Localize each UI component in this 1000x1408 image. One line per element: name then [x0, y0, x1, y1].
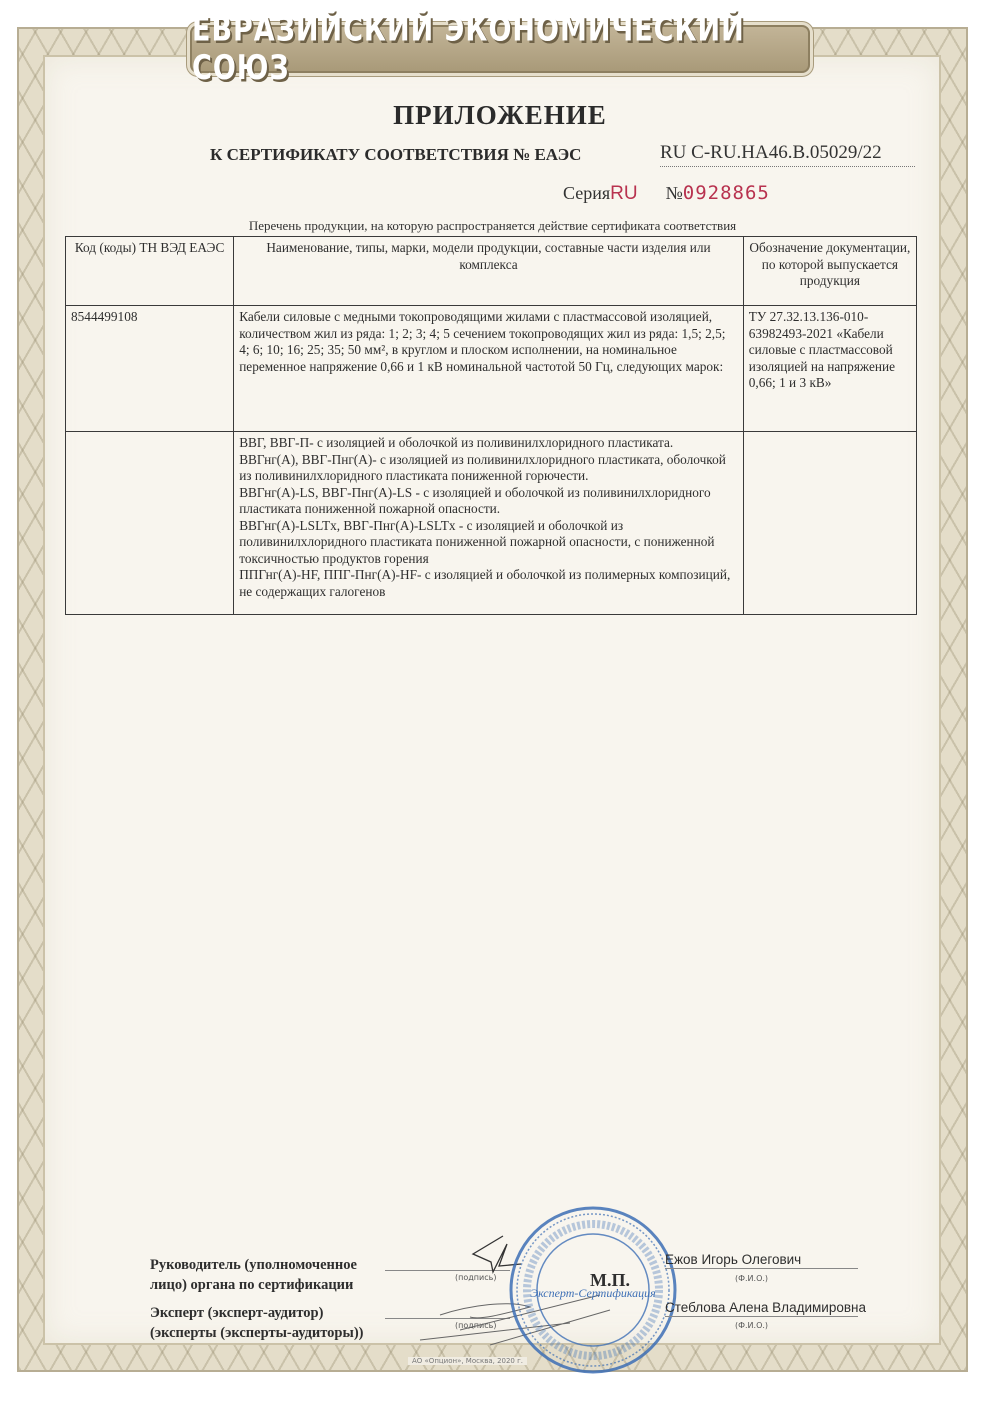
union-banner: ЕВРАЗИЙСКИЙ ЭКОНОМИЧЕСКИЙ СОЮЗ	[190, 25, 810, 73]
expert-label-line1: Эксперт (эксперт-аудитор)	[150, 1303, 363, 1323]
head-label-line2: лицо) органа по сертификации	[150, 1275, 357, 1295]
header-code: Код (коды) ТН ВЭД ЕАЭС	[66, 237, 234, 306]
cell-code: 8544499108	[66, 306, 234, 432]
certificate-number: RU C-RU.HA46.B.05029/22	[660, 142, 915, 167]
series-label: Серия	[563, 183, 610, 203]
cell-documentation	[743, 432, 916, 615]
brand-item: ВВГнг(А)-LS, ВВГ-Пнг(А)-LS - с изоляцией…	[239, 485, 738, 518]
certificate-label: К СЕРТИФИКАТУ СООТВЕТСТВИЯ № ЕАЭС	[210, 145, 581, 165]
stamp-place-label: М.П.	[590, 1270, 630, 1291]
document-title: ПРИЛОЖЕНИЕ	[0, 100, 1000, 131]
cell-description: Кабели силовые с медными токопроводящими…	[234, 306, 744, 432]
expert-label-line2: (эксперты (эксперты-аудиторы))	[150, 1323, 363, 1343]
banner-text: ЕВРАЗИЙСКИЙ ЭКОНОМИЧЕСКИЙ СОЮЗ	[192, 10, 808, 88]
series-line: СерияRU№0928865	[563, 182, 770, 205]
cell-code	[66, 432, 234, 615]
brand-item: ВВГнг(А)-LSLTx, ВВГ-Пнг(А)-LSLTx - с изо…	[239, 518, 738, 568]
expert-name: Стеблова Алена Владимировна	[665, 1300, 858, 1317]
table-row: ВВГ, ВВГ-П- с изоляцией и оболочкой из п…	[66, 432, 917, 615]
cell-brands: ВВГ, ВВГ-П- с изоляцией и оболочкой из п…	[234, 432, 744, 615]
table-caption: Перечень продукции, на которую распростр…	[0, 218, 985, 234]
printer-imprint: АО «Опцион», Москва, 2020 г.	[408, 1357, 527, 1365]
header-documentation: Обозначение документации, по которой вып…	[743, 237, 916, 306]
head-name: Ежов Игорь Олегович	[665, 1252, 858, 1269]
brand-item: ВВГнг(А), ВВГ-Пнг(А)- с изоляцией из пол…	[239, 452, 738, 485]
cell-documentation: ТУ 27.32.13.136-010-63982493-2021 «Кабел…	[743, 306, 916, 432]
head-label-line1: Руководитель (уполномоченное	[150, 1255, 357, 1275]
brand-item: ППГнг(А)-HF, ППГ-Пнг(А)-HF- с изоляцией …	[239, 567, 738, 600]
expert-label: Эксперт (эксперт-аудитор) (эксперты (экс…	[150, 1303, 363, 1343]
header-description: Наименование, типы, марки, модели продук…	[234, 237, 744, 306]
products-table: Код (коды) ТН ВЭД ЕАЭС Наименование, тип…	[65, 236, 917, 615]
number-label: №	[666, 183, 683, 203]
expert-name-caption: (Ф.И.О.)	[735, 1321, 768, 1330]
series-value: RU	[610, 183, 637, 204]
brand-item: ВВГ, ВВГ-П- с изоляцией и оболочкой из п…	[239, 435, 738, 452]
table-header-row: Код (коды) ТН ВЭД ЕАЭС Наименование, тип…	[66, 237, 917, 306]
head-label: Руководитель (уполномоченное лицо) орган…	[150, 1255, 357, 1295]
table-row: 8544499108 Кабели силовые с медными токо…	[66, 306, 917, 432]
serial-number: 0928865	[683, 182, 770, 204]
head-name-caption: (Ф.И.О.)	[735, 1274, 768, 1283]
